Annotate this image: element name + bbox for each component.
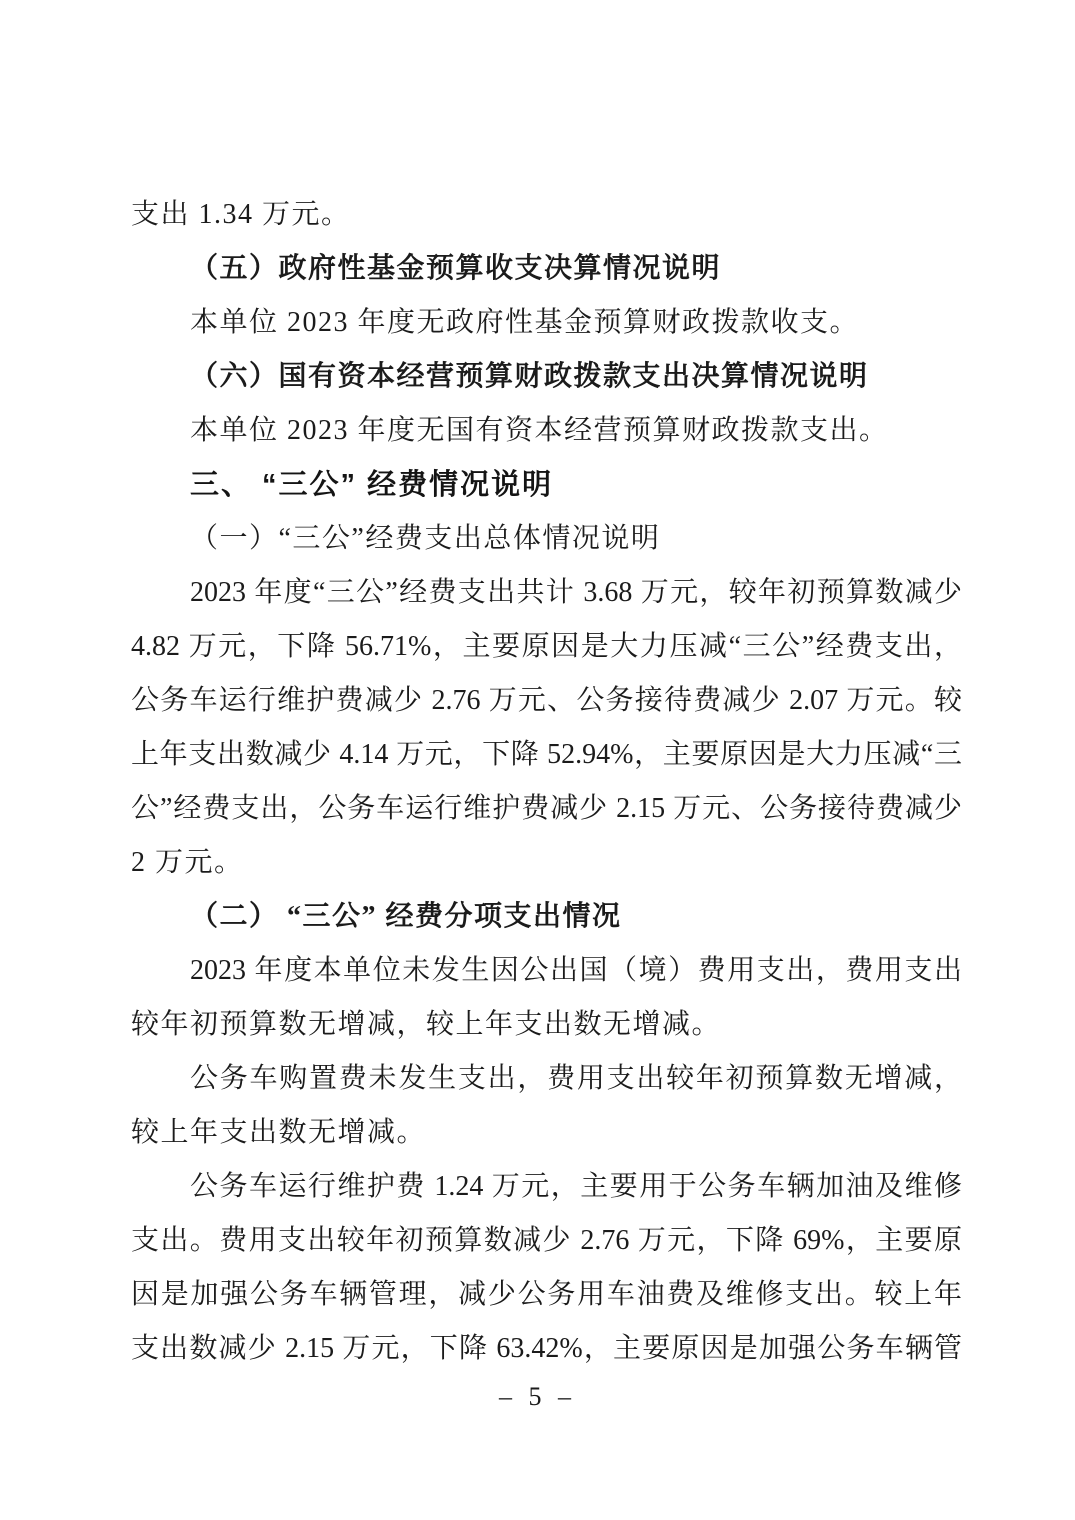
heading-subsection-2: （二） “三公” 经费分项支出情况 (131, 896, 962, 942)
paragraph-line: 公务车购置费未发生支出，费用支出较年初预算数无增减， (131, 1058, 962, 1104)
paragraph-line: 2023 年度“三公”经费支出共计 3.68 万元，较年初预算数减少 (131, 572, 962, 618)
paragraph-end-line: 较年初预算数无增减，较上年支出数无增减。 (131, 1004, 962, 1050)
paragraph-line: 支出。费用支出较年初预算数减少 2.76 万元，下降 69%，主要原 (131, 1220, 962, 1266)
heading-section-5: （五）政府性基金预算收支决算情况说明 (131, 248, 962, 294)
heading-part-three: 三、 “三公” 经费情况说明 (131, 464, 962, 510)
paragraph-line: 公务车运行维护费减少 2.76 万元、公务接待费减少 2.07 万元。较 (131, 680, 962, 726)
paragraph-line: 上年支出数减少 4.14 万元，下降 52.94%，主要原因是大力压减“三 (131, 734, 962, 780)
paragraph-line: 本单位 2023 年度无政府性基金预算财政拨款收支。 (131, 302, 962, 348)
paragraph-continuation-line: 支出 1.34 万元。 (131, 194, 962, 240)
paragraph-end-line: 较上年支出数无增减。 (131, 1112, 962, 1158)
paragraph-line: 4.82 万元，下降 56.71%，主要原因是大力压减“三公”经费支出， (131, 626, 962, 672)
paragraph-line: 本单位 2023 年度无国有资本经营预算财政拨款支出。 (131, 410, 962, 456)
paragraph-line: 因是加强公务车辆管理，减少公务用车油费及维修支出。较上年 (131, 1274, 962, 1320)
paragraph-end-line: 2 万元。 (131, 842, 962, 888)
paragraph-line: 公务车运行维护费 1.24 万元，主要用于公务车辆加油及维修 (131, 1166, 962, 1212)
heading-section-6: （六）国有资本经营预算财政拨款支出决算情况说明 (131, 356, 962, 402)
heading-subsection-1: （一）“三公”经费支出总体情况说明 (131, 518, 962, 564)
page-number: – 5 – (0, 1382, 1075, 1422)
paragraph-line: 公”经费支出，公务车运行维护费减少 2.15 万元、公务接待费减少 (131, 788, 962, 834)
paragraph-line: 支出数减少 2.15 万元，下降 63.42%，主要原因是加强公务车辆管 (131, 1328, 962, 1374)
paragraph-line: 2023 年度本单位未发生因公出国（境）费用支出，费用支出 (131, 950, 962, 996)
document-page: 支出 1.34 万元。 （五）政府性基金预算收支决算情况说明 本单位 2023 … (0, 0, 1075, 1520)
